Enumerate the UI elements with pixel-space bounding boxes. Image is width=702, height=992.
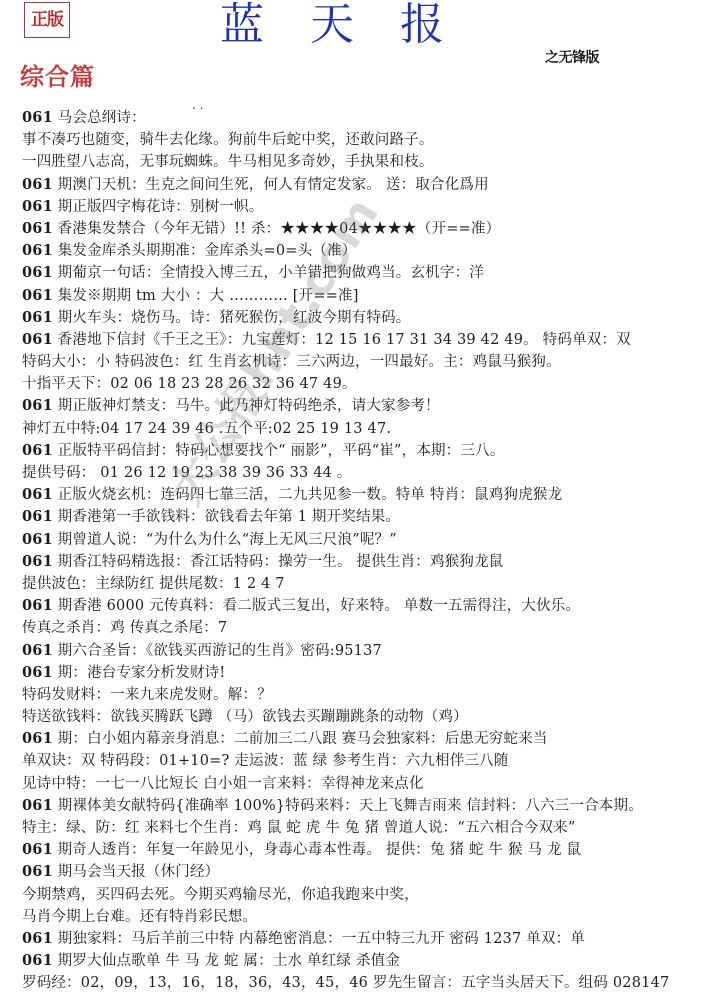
text-line: 061 期香江特码精选报：香江话特码：操劳一生。 提供生肖：鸡猴狗龙鼠 xyxy=(22,551,692,573)
line-text: 期曾道人说：“为什么为什么“海上无风三尺浪”呢？” xyxy=(53,532,397,548)
issue-number: 061 xyxy=(22,486,53,503)
text-line: 061 期裸体美女献特码{准确率 100%}特码来料：天上飞舞吉雨来 信封料：八… xyxy=(22,795,692,817)
text-line: 061 期独家料：马后羊前三中特 内幕绝密消息：一五中特三九开 密码 1237 … xyxy=(22,928,692,950)
text-line: 061 期奇人透肖：年复一年龄见小，身毒心毒本性毒。 提供：兔 猪 蛇 牛 猴 … xyxy=(22,839,692,861)
issue-number: 061 xyxy=(22,397,53,414)
text-line: 提供号码： 01 26 12 19 23 38 39 36 33 44 。 xyxy=(22,462,692,484)
line-text: 集发金库杀头期期准：金库杀头=0=头（准） xyxy=(53,243,357,259)
issue-number: 061 xyxy=(22,797,53,814)
text-line: 061 期正版神灯禁支：马牛。此乃神灯特码绝杀，请大家参考！ xyxy=(22,395,692,417)
line-text: 神灯五中特:04 17 24 39 46 .五个平:02 25 19 13 47… xyxy=(22,421,391,437)
text-line: 061 期：港台专家分析发财诗! xyxy=(22,662,692,684)
line-text: 期：白小姐内幕亲身消息：二前加三二八跟 赛马会独家料：后患无穷蛇来当 xyxy=(53,731,548,747)
text-line: 神灯五中特:04 17 24 39 46 .五个平:02 25 19 13 47… xyxy=(22,418,692,440)
text-line: 061 期罗大仙点歌单 牛 马 龙 蛇 属：土水 单红绿 杀值金 xyxy=(22,950,692,972)
line-text: 特主：绿、防：红 来料七个生肖：鸡 鼠 蛇 虎 牛 兔 猪 曾道人说：“五六相合… xyxy=(22,820,576,836)
line-text: 正版特平码信封：特码心想要找个“ 丽影”，平码“崔”，本期：三八。 xyxy=(53,443,505,459)
text-line: 061 期曾道人说：“为什么为什么“海上无风三尺浪”呢？” xyxy=(22,529,692,551)
line-text: 马肖今期上台难。还有特肖彩民想。 xyxy=(22,909,257,925)
issue-number: 061 xyxy=(22,176,53,193)
line-text: 单双诀：双 特码段：01+10=? 走运波：蓝 绿 参考生肖：六九相伴三八随 xyxy=(22,753,509,769)
line-text: 期澳门天机：生克之间问生死，何人有情定发家。 送：取合化爲用 xyxy=(53,177,489,193)
text-line: 061 期六合圣旨：《欲钱买西游记的生肖》密码:95137 xyxy=(22,640,692,662)
issue-number: 061 xyxy=(22,242,53,259)
issue-number: 061 xyxy=(22,508,53,525)
text-line: 单双诀：双 特码段：01+10=? 走运波：蓝 绿 参考生肖：六九相伴三八随 xyxy=(22,750,692,772)
line-text: 香港集发禁合（今年无错）!! 杀：★★★★04★★★★（开==准） xyxy=(53,221,500,237)
line-text: 特码大小：小 特码波色：红 生肖玄机诗：三六两边，一四最好。主：鸡鼠马猴狗。 xyxy=(22,354,561,370)
text-line: 061 香港地下信封《千王之王》：九宝莲灯：12 15 16 17 31 34 … xyxy=(22,329,692,351)
text-line: 一四胜望八志高，无事玩蜘蛛。牛马相见多奇妙，手执果和枝。 xyxy=(22,151,692,173)
line-text: 期独家料：马后羊前三中特 内幕绝密消息：一五中特三九开 密码 1237 单双：单 xyxy=(53,931,585,947)
line-text: 期裸体美女献特码{准确率 100%}特码来料：天上飞舞吉雨来 信封料：八六三一合… xyxy=(53,798,643,814)
text-line: 见诗中特：一七一八比短长 白小姐一言来料：幸得神龙来点化 xyxy=(22,773,692,795)
line-text: 期：港台专家分析发财诗! xyxy=(53,665,226,681)
line-text: 特码发财料：一来九来虎发财。解：？ xyxy=(22,687,272,703)
issue-number: 061 xyxy=(22,109,53,126)
line-text: 期罗大仙点歌单 牛 马 龙 蛇 属：土水 单红绿 杀值金 xyxy=(53,953,400,969)
issue-number: 061 xyxy=(22,841,53,858)
text-line: 061 期：白小姐内幕亲身消息：二前加三二八跟 赛马会独家料：后患无穷蛇来当 xyxy=(22,728,692,750)
text-line: 061 期马会当天报（休门经） xyxy=(22,861,692,883)
line-text: 香港地下信封《千王之王》：九宝莲灯：12 15 16 17 31 34 39 4… xyxy=(53,332,631,348)
line-text: 期火车头：烧伤马。诗：猪死猴伤，红波今期有特码。 xyxy=(53,310,411,326)
text-line: 061 期葡京一句话：全情投入博三五，小羊错把狗做鸡当。玄机字：洋 xyxy=(22,262,692,284)
line-text: 期香江特码精选报：香江话特码：操劳一生。 提供生肖：鸡猴狗龙鼠 xyxy=(53,554,504,570)
line-text: 罗码经：02，09，13，16，18，36，43，45，46 罗先生留言：五字当… xyxy=(22,975,669,991)
text-line: 传真之杀肖：鸡 传真之杀尾：7 xyxy=(22,617,692,639)
line-text: 今期禁鸡，买四码去死。今期买鸡输尽光，你追我跑来中奖， xyxy=(22,887,419,903)
line-text: 期香港 6000 元传真料：看二版式三复出，好来特。 单数一五需得注，大伙乐。 xyxy=(53,598,580,614)
text-line: 提供波色：主绿防红 提供尾数：1 2 4 7 xyxy=(22,573,692,595)
text-line: 061 期香港 6000 元传真料：看二版式三复出，好来特。 单数一五需得注，大… xyxy=(22,595,692,617)
edition-subtitle: 之无锋版 xyxy=(545,47,599,67)
line-text: 事不凑巧也随变，骑牛去化缘。狗前牛后蛇中奖，还敢问路子。 xyxy=(22,132,434,148)
text-line: 061 期火车头：烧伤马。诗：猪死猴伤，红波今期有特码。 xyxy=(22,307,692,329)
line-text: 提供波色：主绿防红 提供尾数：1 2 4 7 xyxy=(22,576,285,592)
text-line: 061 期香港第一手欲钱料：欲钱看去年第 1 期开奖结果。 xyxy=(22,506,692,528)
text-line: 061 正版特平码信封：特码心想要找个“ 丽影”，平码“崔”，本期：三八。 xyxy=(22,440,692,462)
issue-number: 061 xyxy=(22,664,53,681)
text-line: 事不凑巧也随变，骑牛去化缘。狗前牛后蛇中奖，还敢问路子。 xyxy=(22,129,692,151)
line-text: 一四胜望八志高，无事玩蜘蛛。牛马相见多奇妙，手执果和枝。 xyxy=(22,154,434,170)
text-line: 特码发财料：一来九来虎发财。解：？ xyxy=(22,684,692,706)
content-lines: 061 马会总纲诗：事不凑巧也随变，骑牛去化缘。狗前牛后蛇中奖，还敢问路子。一四… xyxy=(22,107,692,992)
line-text: 期马会当天报（休门经） xyxy=(53,864,220,880)
issue-number: 061 xyxy=(22,531,53,548)
text-line: 罗码经：02，09，13，16，18，36，43，45，46 罗先生留言：五字当… xyxy=(22,972,692,992)
issue-number: 061 xyxy=(22,553,53,570)
line-text: 期正版神灯禁支：马牛。此乃神灯特码绝杀，请大家参考！ xyxy=(53,398,440,414)
text-line: 061 集发※期期 tm 大小 ：大 ………… [开==准] xyxy=(22,285,692,307)
issue-number: 061 xyxy=(22,331,53,348)
text-line: 今期禁鸡，买四码去死。今期买鸡输尽光，你追我跑来中奖， xyxy=(22,884,692,906)
issue-number: 061 xyxy=(22,309,53,326)
line-text: 期六合圣旨：《欲钱买西游记的生肖》密码:95137 xyxy=(53,643,382,659)
line-text: 期香港第一手欲钱料：欲钱看去年第 1 期开奖结果。 xyxy=(53,509,400,525)
line-text: 见诗中特：一七一八比短长 白小姐一言来料：幸得神龙来点化 xyxy=(22,776,424,792)
issue-number: 061 xyxy=(22,642,53,659)
issue-number: 061 xyxy=(22,442,53,459)
line-text: 集发※期期 tm 大小 ：大 ………… [开==准] xyxy=(53,288,359,304)
line-text: 传真之杀肖：鸡 传真之杀尾：7 xyxy=(22,620,227,636)
section-heading: 综合篇 xyxy=(20,62,95,92)
line-text: 提供号码： 01 26 12 19 23 38 39 36 33 44 。 xyxy=(22,465,352,481)
issue-number: 061 xyxy=(22,264,53,281)
issue-number: 061 xyxy=(22,287,53,304)
text-line: 061 正版火烧玄机：连码四七靠三活，二九共见参一数。特单 特肖：鼠鸡狗虎猴龙 xyxy=(22,484,692,506)
line-text: 期正版四字梅花诗：别树一帜。 xyxy=(53,199,264,215)
issue-number: 061 xyxy=(22,952,53,969)
issue-number: 061 xyxy=(22,930,53,947)
line-text: 正版火烧玄机：连码四七靠三活，二九共见参一数。特单 特肖：鼠鸡狗虎猴龙 xyxy=(53,487,562,503)
text-line: 061 香港集发禁合（今年无错）!! 杀：★★★★04★★★★（开==准） xyxy=(22,218,692,240)
line-text: 特送欲钱料：欲钱买腾跃飞蹲 （马）欲钱去买蹦蹦跳条的动物（鸡） xyxy=(22,709,468,725)
text-line: 061 期正版四字梅花诗：别树一帜。 xyxy=(22,196,692,218)
line-text: 期葡京一句话：全情投入博三五，小羊错把狗做鸡当。玄机字：洋 xyxy=(53,265,484,281)
issue-number: 061 xyxy=(22,597,53,614)
text-line: 特主：绿、防：红 来料七个生肖：鸡 鼠 蛇 虎 牛 兔 猪 曾道人说：“五六相合… xyxy=(22,817,692,839)
issue-number: 061 xyxy=(22,198,53,215)
authentic-edition-badge: 正版 xyxy=(24,2,70,38)
text-line: 特码大小：小 特码波色：红 生肖玄机诗：三六两边，一四最好。主：鸡鼠马猴狗。 xyxy=(22,351,692,373)
line-text: 期奇人透肖：年复一年龄见小，身毒心毒本性毒。 提供：兔 猪 蛇 牛 猴 马 龙 … xyxy=(53,842,581,858)
text-line: 特送欲钱料：欲钱买腾跃飞蹲 （马）欲钱去买蹦蹦跳条的动物（鸡） xyxy=(22,706,692,728)
issue-number: 061 xyxy=(22,220,53,237)
issue-number: 061 xyxy=(22,730,53,747)
issue-number: 061 xyxy=(22,863,53,880)
text-line: 马肖今期上台难。还有特肖彩民想。 xyxy=(22,906,692,928)
page-title: 蓝 天 报 xyxy=(180,0,500,50)
text-line: 061 马会总纲诗： xyxy=(22,107,692,129)
line-text: 十指平天下：02 06 18 23 28 26 32 36 47 49。 xyxy=(22,376,357,392)
text-line: 061 期澳门天机：生克之间问生死，何人有情定发家。 送：取合化爲用 xyxy=(22,174,692,196)
line-text: 马会总纲诗： xyxy=(53,110,146,126)
text-line: 061 集发金库杀头期期准：金库杀头=0=头（准） xyxy=(22,240,692,262)
text-line: 十指平天下：02 06 18 23 28 26 32 36 47 49。 xyxy=(22,373,692,395)
